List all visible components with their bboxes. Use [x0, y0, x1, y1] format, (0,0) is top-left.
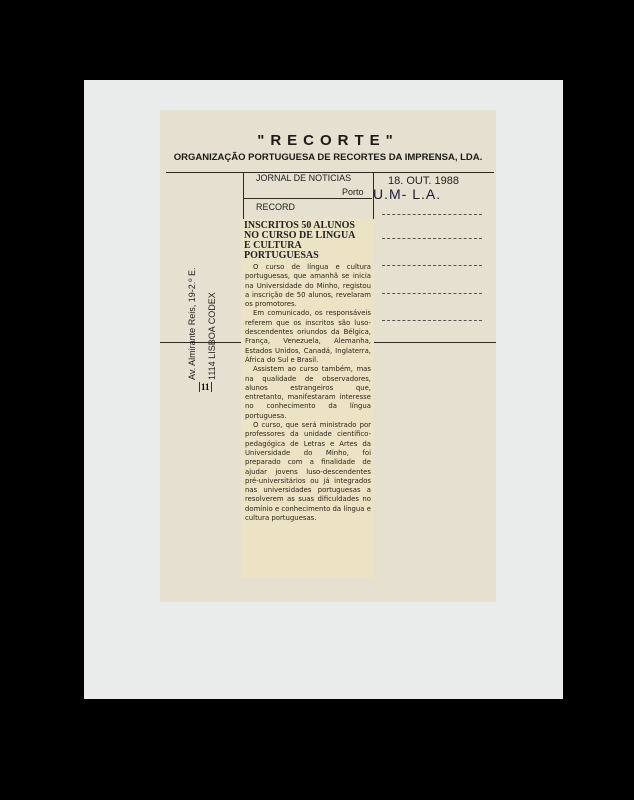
clipping-headline: INSCRITOS 50 ALUNOS NO CURSO DE LINGUA E…: [241, 219, 374, 261]
address-line-1: Av. Almirante Reis, 19-2.º E.: [182, 268, 202, 381]
handwritten-note: U.M- L.A.: [373, 186, 441, 202]
newspaper-city: Porto: [342, 187, 364, 197]
clipping-body: O curso de língua e cultura portuguesas,…: [241, 261, 374, 523]
paragraph: O curso, que será ministrado por profess…: [245, 421, 371, 523]
newspaper-name: JORNAL DE NOTICIAS: [256, 173, 351, 183]
form-title: "RECORTE": [160, 132, 496, 149]
form-line: [382, 238, 482, 239]
newspaper-rule: [244, 198, 372, 199]
form-line: [382, 214, 482, 215]
paragraph: Em comunicado, os responsáveis referem q…: [245, 309, 371, 365]
form-line: [382, 320, 482, 321]
organization-name: ORGANIZAÇÃO PORTUGUESA DE RECORTES DA IM…: [160, 152, 496, 163]
address: Av. Almirante Reis, 19-2.º E. 1114 LISBO…: [182, 268, 222, 381]
newspaper-clipping: INSCRITOS 50 ALUNOS NO CURSO DE LINGUA E…: [241, 219, 374, 578]
paragraph: Assistem ao curso também, mas na qualida…: [245, 365, 371, 421]
paragraph: O curso de língua e cultura portuguesas,…: [245, 263, 371, 309]
address-line-2: 1114 LISBOA CODEX: [202, 268, 222, 381]
box-number: 11: [199, 382, 212, 392]
form-line: [382, 293, 482, 294]
section-name: RECORD: [256, 202, 295, 212]
form-line: [382, 265, 482, 266]
